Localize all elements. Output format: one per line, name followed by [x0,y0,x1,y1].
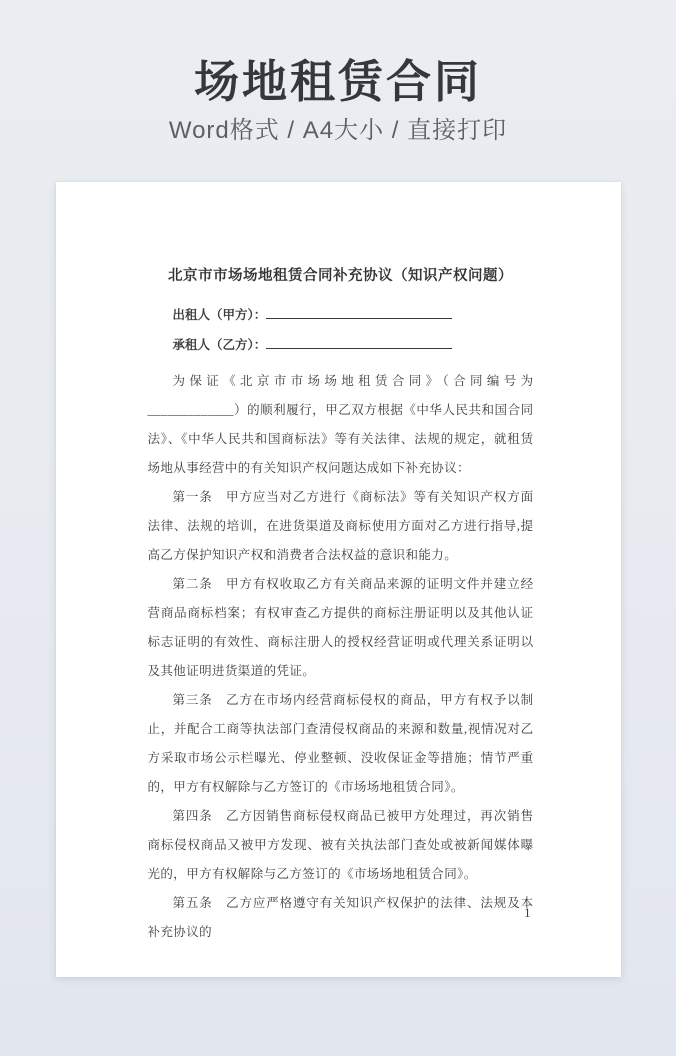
contract-paragraph-article-3: 第三条 乙方在市场内经营商标侵权的商品，甲方有权予以制止，并配合工商等执法部门查… [148,686,534,802]
contract-paragraph-preamble: 为保证《北京市市场场地租赁合同》（合同编号为_____________）的顺利履… [148,367,534,483]
page-number: 1 [524,906,530,921]
party-block: 出租人（甲方）： 承租人（乙方）： [148,300,534,360]
party-row-lessee: 承租人（乙方）： [148,330,534,360]
contract-paragraph-article-1: 第一条 甲方应当对乙方进行《商标法》等有关知识产权方面法律、法规的培训，在进货渠… [148,483,534,570]
contract-paragraph-article-4: 第四条 乙方因销售商标侵权商品已被甲方处理过，再次销售商标侵权商品又被甲方发现、… [148,802,534,889]
document-title: 北京市市场场地租赁合同补充协议（知识产权问题） [148,266,534,286]
party-label-lessee: 承租人（乙方）： [173,338,267,352]
page-background: { "header": { "title": "场地租赁合同", "subtit… [0,0,676,1056]
page-header: 场地租赁合同 Word格式 / A4大小 / 直接打印 [0,0,676,146]
document-body: 为保证《北京市市场场地租赁合同》（合同编号为_____________）的顺利履… [148,367,534,947]
contract-paragraph-article-5: 第五条 乙方应严格遵守有关知识产权保护的法律、法规及本补充协议的 [148,889,534,947]
contract-paragraph-article-2: 第二条 甲方有权收取乙方有关商品来源的证明文件并建立经营商品商标档案；有权审查乙… [148,570,534,686]
document-page: 北京市市场场地租赁合同补充协议（知识产权问题） 出租人（甲方）： 承租人（乙方）… [56,182,621,977]
page-title: 场地租赁合同 [0,56,676,108]
page-subtitle: Word格式 / A4大小 / 直接打印 [0,117,676,146]
party-name-blank-lessee [266,335,452,349]
party-row-lessor: 出租人（甲方）： [148,300,534,330]
party-name-blank-lessor [266,305,452,319]
party-label-lessor: 出租人（甲方）： [173,308,267,322]
